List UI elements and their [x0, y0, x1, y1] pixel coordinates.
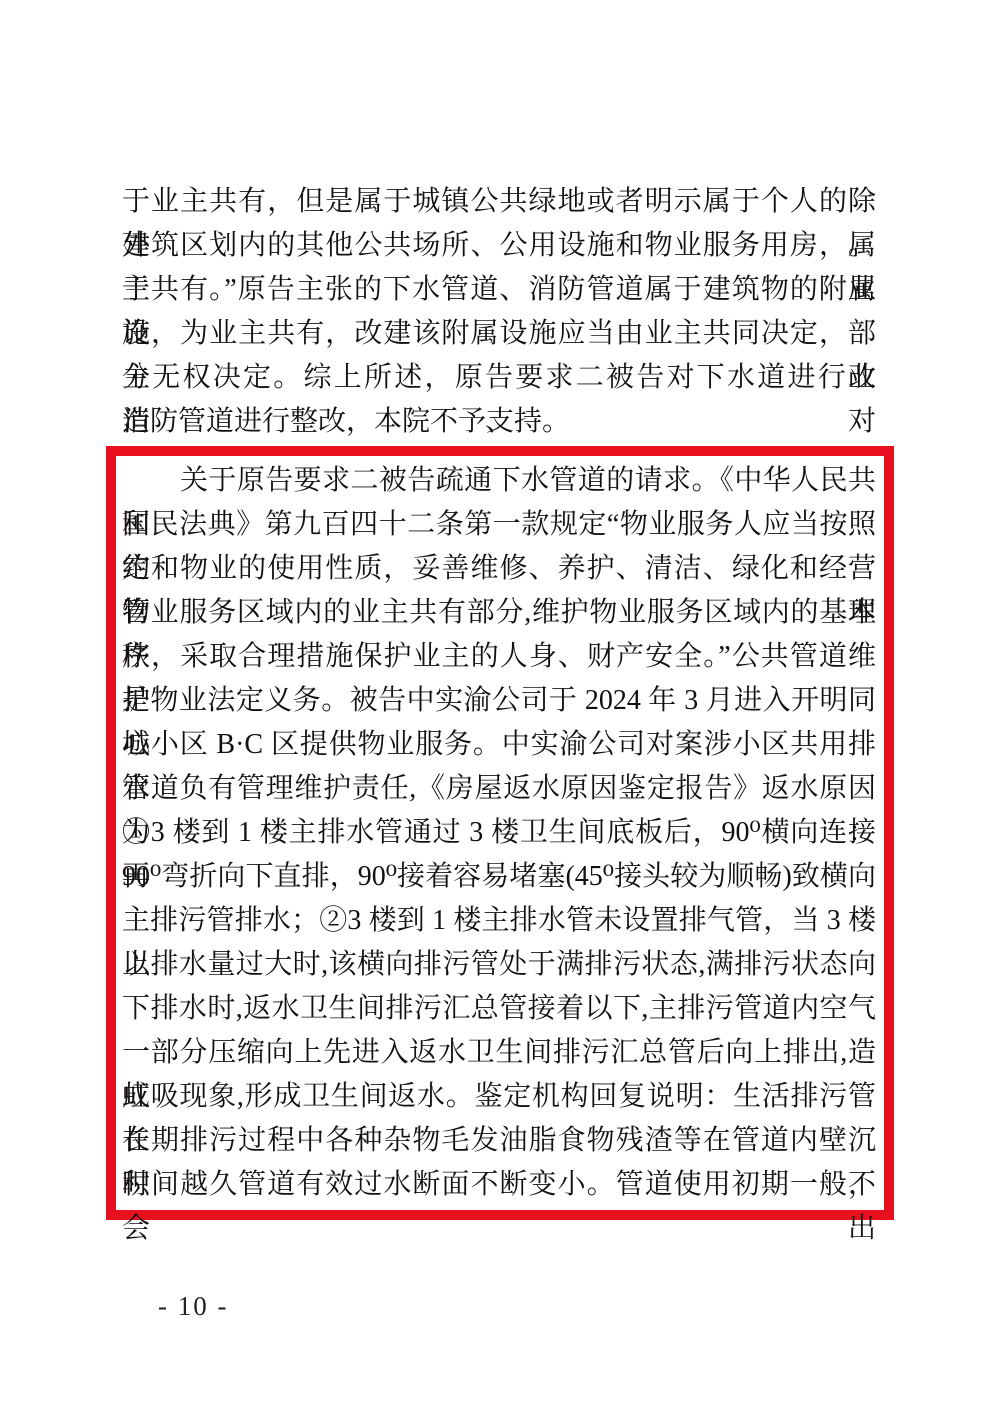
text-line: 上排水量过大时,该横向排污管处于满排污状态,满排污状态向 — [122, 943, 876, 987]
page-number: - 10 - — [158, 1290, 228, 1322]
text-line: 主排污管排水；②3 楼到 1 楼主排水管未设置排气管，当 3 楼以 — [122, 899, 876, 943]
text-line: 主无权决定。综上所述，原告要求二被告对下水道进行改造、对 — [122, 356, 876, 400]
text-line: 长期排污过程中各种杂物毛发油脂食物残渣等在管道内壁沉积， — [122, 1119, 876, 1163]
text-line: 于业主共有，但是属于城镇公共绿地或者明示属于个人的除外。 — [122, 180, 876, 224]
text-line: 一部分压缩向上先进入返水卫生间排污汇总管后向上排出,造成 — [122, 1031, 876, 1075]
text-line: 虹吸现象,形成卫生间返水。鉴定机构回复说明：生活排污管在 — [122, 1075, 876, 1119]
text-line: 国民法典》第九百四十二条第一款规定“物业服务人应当按照约 — [122, 503, 876, 547]
text-line: 施，为业主共有，改建该附属设施应当由业主共同决定，部分业 — [122, 312, 876, 356]
text-line: 是物业法定义务。被告中实渝公司于 2024 年 3 月进入开明同心 — [122, 679, 876, 723]
text-line: ①3 楼到 1 楼主排水管通过 3 楼卫生间底板后，90⁰横向连接再 — [122, 811, 876, 855]
text-line: 序，采取合理措施保护业主的人身、财产安全。”公共管道维护 — [122, 635, 876, 679]
document-page: 于业主共有，但是属于城镇公共绿地或者明示属于个人的除外。 建筑区划内的其他公共场… — [0, 0, 1000, 1414]
document-body: 于业主共有，但是属于城镇公共绿地或者明示属于个人的除外。 建筑区划内的其他公共场… — [122, 180, 876, 1220]
text-line: 时间越久管道有效过水断面不断变小。管道使用初期一般不会出 — [122, 1163, 876, 1207]
text-line: 主共有。”原告主张的下水管道、消防管道属于建筑物的附属设 — [122, 268, 876, 312]
text-line: 定和物业的使用性质，妥善维修、养护、清洁、绿化和经营管理 — [122, 547, 876, 591]
text-line: 下排水时,返水卫生间排污汇总管接着以下,主排污管道内空气 — [122, 987, 876, 1031]
text-line: 城小区 B·C 区提供物业服务。中实渝公司对案涉小区共用排水 — [122, 723, 876, 767]
highlight-box: 关于原告要求二被告疏通下水管道的请求。《中华人民共和 国民法典》第九百四十二条第… — [106, 446, 894, 1220]
text-line: 物业服务区域内的业主共有部分,维护物业服务区域内的基本秩 — [122, 591, 876, 635]
text-line: 建筑区划内的其他公共场所、公用设施和物业服务用房，属于业 — [122, 224, 876, 268]
text-line: 90⁰弯折向下直排，90⁰接着容易堵塞(45⁰接头较为顺畅)致横向 — [122, 855, 876, 899]
text-line: 关于原告要求二被告疏通下水管道的请求。《中华人民共和 — [122, 459, 876, 503]
ruling-paragraph: 于业主共有，但是属于城镇公共绿地或者明示属于个人的除外。 建筑区划内的其他公共场… — [122, 180, 876, 444]
text-line: 管道负有管理维护责任,《房屋返水原因鉴定报告》返水原因为： — [122, 767, 876, 811]
